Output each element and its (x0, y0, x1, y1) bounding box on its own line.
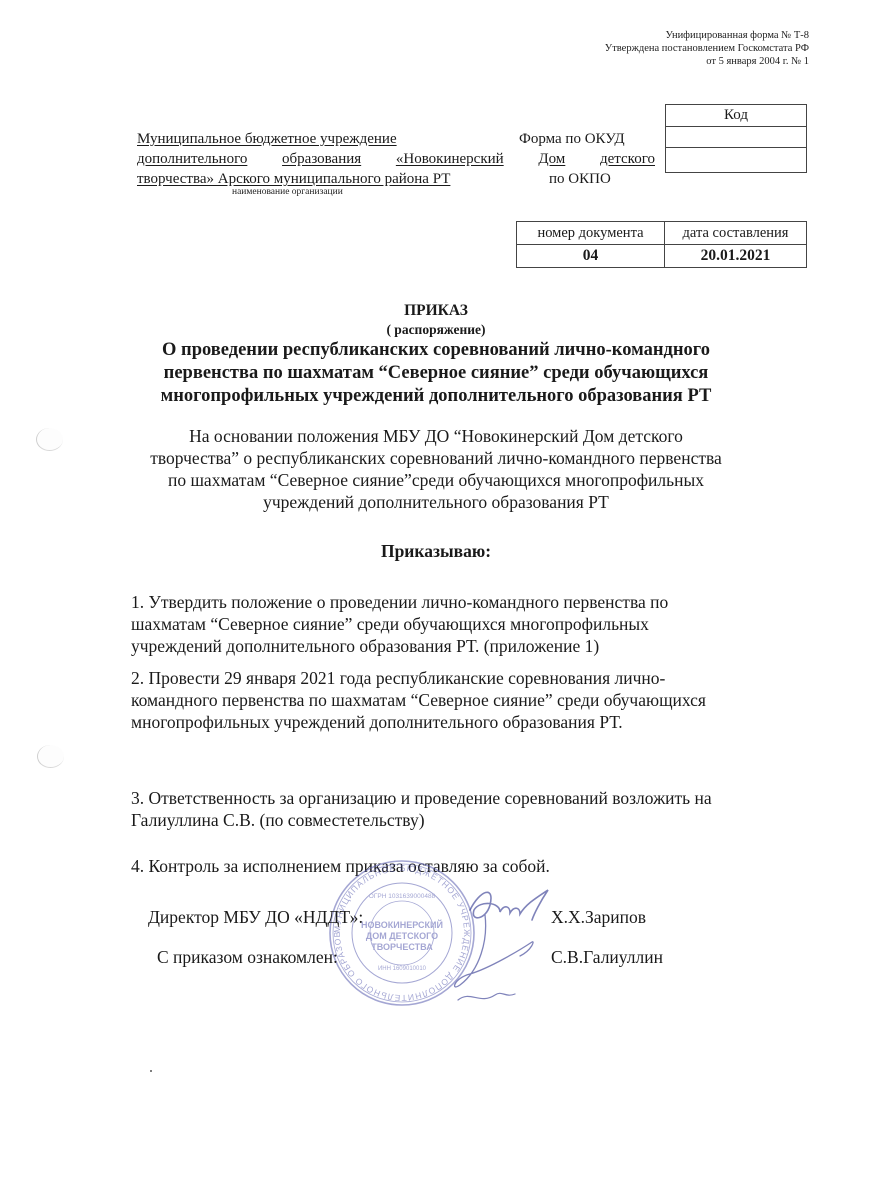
doc-number-value: 04 (517, 245, 665, 268)
item-line: 1. Утвердить положение о проведении личн… (131, 591, 831, 613)
organization-name-part: образования (282, 149, 361, 169)
item-line: шахматам “Северное сияние” среди обучающ… (131, 613, 831, 635)
order-item-1: 1. Утвердить положение о проведении личн… (131, 591, 831, 657)
title-subject-line: первенства по шахматам “Северное сияние”… (120, 362, 752, 385)
item-line: 4. Контроль за исполнением приказа остав… (131, 855, 831, 877)
organization-block: Муниципальное бюджетное учреждение Форма… (137, 129, 655, 189)
doc-number-header: номер документа (517, 222, 665, 245)
hole-punch-mark (37, 745, 64, 768)
form-note-line: Утверждена постановлением Госкомстата РФ (605, 42, 809, 55)
organization-line: Муниципальное бюджетное учреждение Форма… (137, 129, 655, 149)
svg-text:ДОМ ДЕТСКОГО: ДОМ ДЕТСКОГО (366, 931, 438, 941)
organization-name-part: детского (600, 149, 655, 169)
item-line: 3. Ответственность за организацию и пров… (131, 787, 831, 809)
document-info-table: номер документа дата составления 04 20.0… (516, 221, 807, 268)
organization-name-part: творчества» Арского муниципального район… (137, 169, 450, 189)
code-header: Код (666, 105, 807, 127)
basis-line: творчества” о республиканских соревнован… (120, 447, 752, 469)
okpo-code-cell (666, 148, 807, 173)
okud-code-cell (666, 127, 807, 148)
order-heading: Приказываю: (120, 540, 752, 562)
form-reference-note: Унифицированная форма № Т-8 Утверждена п… (605, 29, 809, 68)
acknowledged-label: С приказом ознакомлен: (157, 946, 338, 968)
order-item-4: 4. Контроль за исполнением приказа остав… (131, 855, 831, 877)
organization-name-part: Муниципальное бюджетное учреждение (137, 129, 397, 149)
director-name: Х.Х.Зарипов (551, 906, 646, 928)
title-sub: ( распоряжение) (120, 321, 752, 338)
document-title: ПРИКАЗ ( распоряжение) О проведении респ… (120, 301, 752, 408)
basis-paragraph: На основании положения МБУ ДО “Новокинер… (120, 425, 752, 513)
basis-line: На основании положения МБУ ДО “Новокинер… (120, 425, 752, 447)
organization-caption: наименование организации (232, 187, 343, 197)
form-note-line: Унифицированная форма № Т-8 (605, 29, 809, 42)
title-subject-line: О проведении республиканских соревновани… (120, 339, 752, 362)
title-main: ПРИКАЗ (120, 301, 752, 321)
organization-name-part: «Новокинерский (396, 149, 504, 169)
organization-line: творчества» Арского муниципального район… (137, 169, 655, 189)
item-line: Галиуллина С.В. (по совместетельству) (131, 809, 831, 831)
signature-icon (440, 880, 560, 1020)
acknowledged-name: С.В.Галиуллин (551, 946, 663, 968)
basis-line: учреждений дополнительного образования Р… (120, 491, 752, 513)
form-note-line: от 5 января 2004 г. № 1 (605, 55, 809, 68)
organization-line: дополнительного образования «Новокинерск… (137, 149, 655, 169)
doc-date-header: дата составления (665, 222, 807, 245)
okpo-label: по ОКПО (549, 169, 611, 189)
basis-line: по шахматам “Северное сияние”среди обуча… (120, 469, 752, 491)
svg-text:ИНН 1609010010: ИНН 1609010010 (378, 966, 427, 972)
code-table: Код (665, 104, 807, 173)
svg-text:ОГРН 1031639000488: ОГРН 1031639000488 (369, 893, 436, 900)
okud-label: Форма по ОКУД (519, 129, 625, 149)
order-item-3: 3. Ответственность за организацию и пров… (131, 787, 831, 831)
organization-name-part: Дом (538, 149, 565, 169)
organization-name-part: дополнительного (137, 149, 247, 169)
item-line: 2. Провести 29 января 2021 года республи… (131, 667, 831, 689)
director-label: Директор МБУ ДО «НДДТ»: (148, 906, 363, 928)
order-item-2: 2. Провести 29 января 2021 года республи… (131, 667, 831, 733)
svg-text:НОВОКИНЕРСКИЙ: НОВОКИНЕРСКИЙ (361, 919, 443, 930)
svg-text:ТВОРЧЕСТВА: ТВОРЧЕСТВА (371, 942, 433, 952)
scan-speck (150, 1070, 152, 1072)
title-subject-line: многопрофильных учреждений дополнительно… (120, 385, 752, 408)
item-line: многопрофильных учреждений дополнительно… (131, 711, 831, 733)
item-line: учреждений дополнительного образования Р… (131, 635, 831, 657)
hole-punch-mark (36, 428, 63, 451)
item-line: командного первенства по шахматам “Север… (131, 689, 831, 711)
doc-date-value: 20.01.2021 (665, 245, 807, 268)
